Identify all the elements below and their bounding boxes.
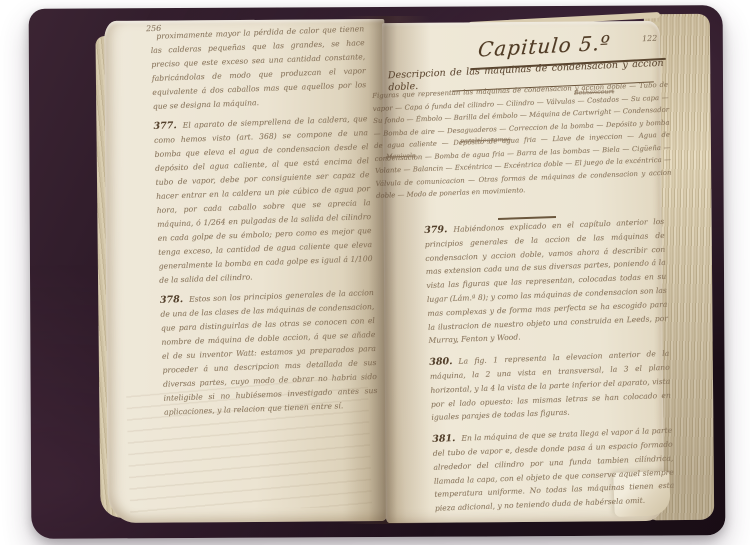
- left-page-text: proximamente mayor la pérdida de calor q…: [150, 22, 378, 426]
- paragraph-number: 378.: [160, 294, 184, 306]
- paragraph-number: 380.: [429, 356, 453, 368]
- paragraph-number: 377.: [153, 120, 177, 132]
- paragraph-text: Estos son los principios generales de la…: [160, 288, 377, 417]
- paragraph-377: 377.El aparato de siemprellena de la cal…: [153, 112, 373, 288]
- paragraph-number: 379.: [424, 224, 448, 236]
- crossed-out-word: Manivela: [386, 151, 416, 160]
- chapter-index-of-parts: Figuras que representan las máquinas de …: [372, 79, 672, 203]
- paragraph-text: La fig. 1 representa la elevacion anteri…: [430, 349, 671, 422]
- chapter-title: Capitulo 5.º: [478, 34, 668, 58]
- paragraph-379: 379.Habiéndonos explicado en el capítulo…: [424, 215, 669, 348]
- paragraph-380: 380.La fig. 1 representa la elevacion an…: [429, 347, 671, 425]
- paragraph-continuation: proximamente mayor la pérdida de calor q…: [150, 22, 367, 114]
- paragraph-text: En la máquina de que se trata llega el v…: [433, 426, 675, 513]
- manuscript-book-photo: 256 122 proximamente mayor la pérdida de…: [0, 0, 750, 545]
- crossed-out-word: Bethancourt: [574, 87, 615, 96]
- paragraph-text: Habiéndonos explicado en el capítulo ant…: [425, 217, 668, 346]
- paragraph-378: 378.Estos son los principios generales d…: [160, 286, 378, 420]
- paragraph-text: El aparato de siemprellena de la caldera…: [154, 114, 373, 285]
- paragraph-381: 381.En la máquina de que se trata llega …: [432, 424, 675, 516]
- chapter-title-text: Capitulo 5.º: [477, 30, 612, 61]
- paragraph-text: proximamente mayor la pérdida de calor q…: [151, 24, 367, 111]
- right-page-text: 379.Habiéndonos explicado en el capítulo…: [424, 215, 675, 524]
- paragraph-number: 381.: [432, 433, 456, 445]
